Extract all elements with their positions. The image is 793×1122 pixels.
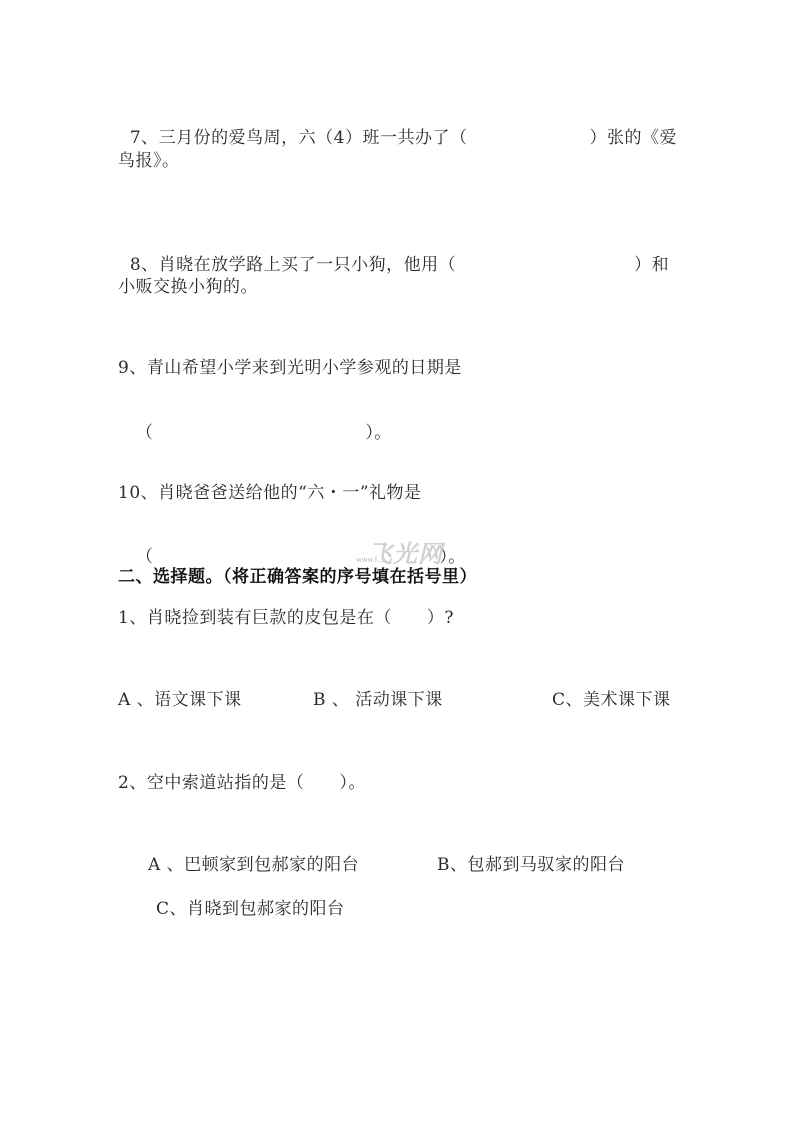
question-7-line-2: 鸟报》。 — [118, 150, 180, 172]
question-7-text: 7、三月份的爱鸟周，六（4）班一共办了（ — [130, 128, 468, 148]
question-8-text-after: ）和 — [634, 255, 669, 275]
question-9-close-paren: ）。 — [365, 423, 392, 443]
question-8-line-2: 小贩交换小狗的。 — [118, 276, 258, 298]
question-10-open-paren: （ — [136, 547, 154, 567]
question-7-text-after: ）张的《爱 — [589, 128, 677, 148]
watermark-url: www.f... — [356, 556, 383, 564]
choice-question-1: 1、肖晓捡到装有巨款的皮包是在（ ）? — [118, 607, 454, 629]
question-9-open-paren: （ — [136, 423, 154, 443]
question-7-line-1: 7、三月份的爱鸟周，六（4）班一共办了（）张的《爱 — [118, 105, 677, 149]
question-9-line-1: 9、青山希望小学来到光明小学参观的日期是 — [118, 357, 462, 379]
choice-1-option-c[interactable]: C、美术课下课 — [552, 689, 671, 711]
question-8-line-1: 8、肖晓在放学路上买了一只小狗，他用（）和 — [118, 232, 669, 276]
choice-1-option-a[interactable]: A 、语文课下课 — [118, 689, 242, 711]
choice-2-option-c[interactable]: C、肖晓到包郝家的阳台 — [156, 898, 345, 920]
choice-1-option-b[interactable]: B 、 活动课下课 — [313, 689, 443, 711]
question-8-text: 8、肖晓在放学路上买了一只小狗，他用（ — [130, 255, 456, 275]
section-two-heading: 二、选择题。（将正确答案的序号填在括号里） — [118, 566, 477, 588]
choice-2-option-a[interactable]: A 、巴顿家到包郝家的阳台 — [148, 854, 359, 876]
question-10-line-1: 10、肖晓爸爸送给他的“六・一”礼物是 — [118, 482, 422, 504]
question-9-line-2: （）。 — [124, 400, 392, 444]
question-10-close-paren: ）。 — [439, 547, 466, 567]
choice-2-option-b[interactable]: B、包郝到马驭家的阳台 — [437, 854, 625, 876]
choice-question-2: 2、空中索道站指的是（ ）。 — [118, 772, 366, 794]
